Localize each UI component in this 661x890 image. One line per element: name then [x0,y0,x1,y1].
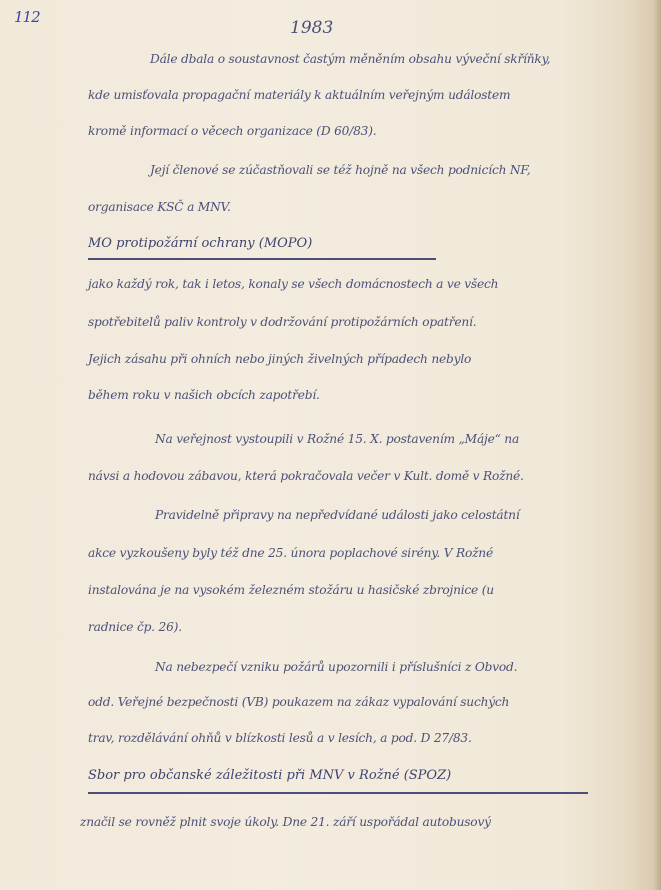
text-line: návsi a hodovou zábavou, která pokračova… [88,469,524,483]
heading-underline [88,258,436,260]
heading-underline [88,792,588,794]
text-line: značil se rovněž plnit svoje úkoly. Dne … [80,815,491,829]
handwritten-chronicle-page: 112 1983 Dále dbala o soustavnost častým… [0,0,661,890]
text-line: odd. Veřejné bezpečnosti (VB) poukazem n… [88,695,509,709]
section-heading-spoz: Sbor pro občanské záležitosti při MNV v … [88,768,451,783]
text-line: trav, rozdělávání ohňů v blízkosti lesů … [88,731,472,745]
text-line: během roku v našich obcích zapotřebí. [88,388,320,402]
text-line: kde umisťovala propagační materiály k ak… [88,88,510,102]
text-line: instalována je na vysokém železném stožá… [88,583,494,597]
text-line: akce vyzkoušeny byly též dne 25. února p… [88,546,493,560]
text-line: kromě informací o věcech organizace (D 6… [88,124,376,138]
text-line: Pravidelně připravy na nepředvídané udál… [155,508,520,522]
section-heading-mopo: MO protipožární ochrany (MOPO) [88,236,312,251]
text-line: Její členové se zúčastňovali se též hojn… [150,163,530,177]
page-number: 112 [14,8,40,26]
text-line: Dále dbala o soustavnost častým měněním … [150,52,550,66]
page-binding-edge [653,0,661,890]
text-line: organisace KSČ a MNV. [88,200,231,214]
year-heading: 1983 [290,18,333,38]
text-line: jako každý rok, tak i letos, konaly se v… [88,277,498,291]
text-line: Na nebezpečí vzniku požárů upozornili i … [155,660,517,674]
text-line: radnice čp. 26). [88,620,182,634]
text-line: Jejich zásahu při ohních nebo jiných živ… [88,352,471,366]
text-line: Na veřejnost vystoupili v Rožné 15. X. p… [155,432,519,446]
text-line: spotřebitelů paliv kontroly v dodržování… [88,315,476,329]
